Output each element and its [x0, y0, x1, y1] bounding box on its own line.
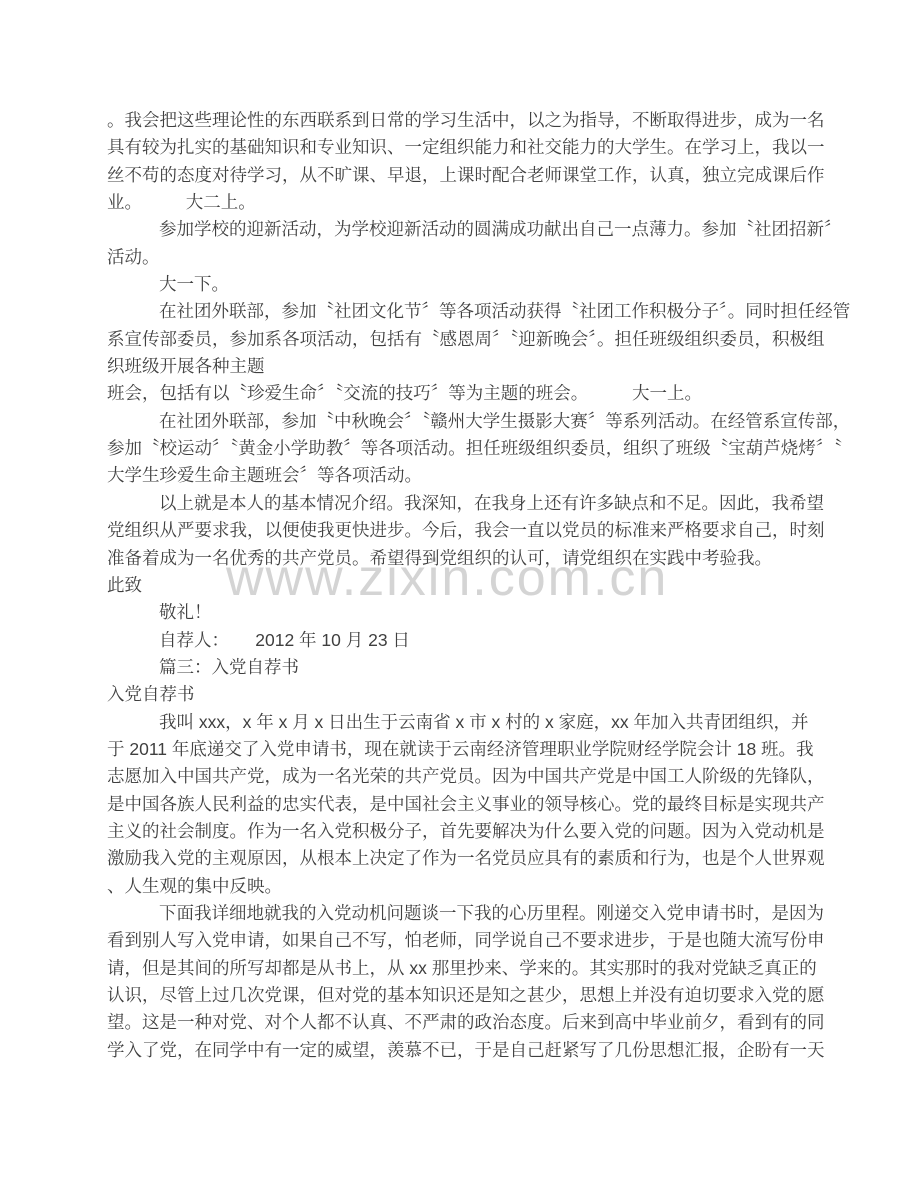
text-line: 篇三：入党自荐书 — [107, 654, 847, 681]
text-line: 在社团外联部，参加〝社团文化节〞等各项活动获得〝社团工作积极分子〞。同时担任经管 — [107, 298, 847, 325]
text-line: 、人生观的集中反映。 — [107, 873, 847, 900]
text-line: 活动。 — [107, 244, 847, 271]
text-line: 具有较为扎实的基础知识和专业知识、一定组织能力和社交能力的大学生。在学习上，我以… — [107, 134, 847, 161]
text-line: 准备着成为一名优秀的共产党员。希望得到党组织的认可，请党组织在实践中考验我。 — [107, 545, 847, 572]
text-line: 丝不苟的态度对待学习，从不旷课、早退，上课时配合老师课堂工作，认真，独立完成课后… — [107, 162, 847, 189]
text-line: 激励我入党的主观原因，从根本上决定了作为一名党员应具有的素质和行为，也是个人世界… — [107, 845, 847, 872]
text-line: 于 2011 年底递交了入党申请书，现在就读于云南经济管理职业学院财经学院会计 … — [107, 736, 847, 763]
text-line: 看到别人写入党申请，如果自己不写，怕老师，同学说自己不要求进步，于是也随大流写份… — [107, 927, 847, 954]
text-line: 织班级开展各种主题 — [107, 353, 847, 380]
text-line: 敬礼！ — [107, 599, 847, 626]
text-line: 参加学校的迎新活动，为学校迎新活动的圆满成功献出自己一点薄力。参加〝社团招新〞 — [107, 216, 847, 243]
text-line: 请，但是其间的所写却都是从书上，从 xx 那里抄来、学来的。其实那时的我对党缺乏… — [107, 955, 847, 982]
document-body: 。我会把这些理论性的东西联系到日常的学习生活中，以之为指导，不断取得进步，成为一… — [107, 107, 847, 1064]
text-line: 系宣传部委员，参加系各项活动，包括有〝感恩周〞〝迎新晚会〞。担任班级组织委员，积… — [107, 326, 847, 353]
text-line: 入党自荐书 — [107, 681, 847, 708]
text-line: 学入了党，在同学中有一定的威望，羡慕不已，于是自己赶紧写了几份思想汇报，企盼有一… — [107, 1037, 847, 1064]
text-line: 班会，包括有以〝珍爱生命〞〝交流的技巧〞等为主题的班会。 大一上。 — [107, 380, 847, 407]
text-line: 参加〝校运动〞〝黄金小学助教〞等各项活动。担任班级组织委员，组织了班级〝宝葫芦烧… — [107, 435, 847, 462]
text-line: 业。 大二上。 — [107, 189, 847, 216]
text-line: 在社团外联部，参加〝中秋晚会〞〝赣州大学生摄影大赛〞等系列活动。在经管系宣传部， — [107, 408, 847, 435]
text-line: 大一下。 — [107, 271, 847, 298]
text-line: 望。这是一种对党、对个人都不认真、不严肃的政治态度。后来到高中毕业前夕，看到有的… — [107, 1009, 847, 1036]
text-line: 以上就是本人的基本情况介绍。我深知，在我身上还有许多缺点和不足。因此，我希望 — [107, 490, 847, 517]
document-page: www.zixin.com.cn 。我会把这些理论性的东西联系到日常的学习生活中… — [0, 0, 920, 1191]
text-line: 认识，尽管上过几次党课，但对党的基本知识还是知之甚少，思想上并没有迫切要求入党的… — [107, 982, 847, 1009]
text-line: 大学生珍爱生命主题班会〞等各项活动。 — [107, 462, 847, 489]
text-line: 我叫 xxx，x 年 x 月 x 日出生于云南省 x 市 x 村的 x 家庭，x… — [107, 709, 847, 736]
text-line: 是中国各族人民利益的忠实代表，是中国社会主义事业的领导核心。党的最终目标是实现共… — [107, 791, 847, 818]
text-line: 。我会把这些理论性的东西联系到日常的学习生活中，以之为指导，不断取得进步，成为一… — [107, 107, 847, 134]
text-line: 主义的社会制度。作为一名入党积极分子，首先要解决为什么要入党的问题。因为入党动机… — [107, 818, 847, 845]
text-line: 自荐人： 2012 年 10 月 23 日 — [107, 627, 847, 654]
text-line: 党组织从严要求我，以便使我更快进步。今后，我会一直以党员的标准来严格要求自己，时… — [107, 517, 847, 544]
text-line: 下面我详细地就我的入党动机问题谈一下我的心历里程。刚递交入党申请书时，是因为 — [107, 900, 847, 927]
text-line: 此致 — [107, 572, 847, 599]
text-line: 志愿加入中国共产党，成为一名光荣的共产党员。因为中国共产党是中国工人阶级的先锋队… — [107, 763, 847, 790]
